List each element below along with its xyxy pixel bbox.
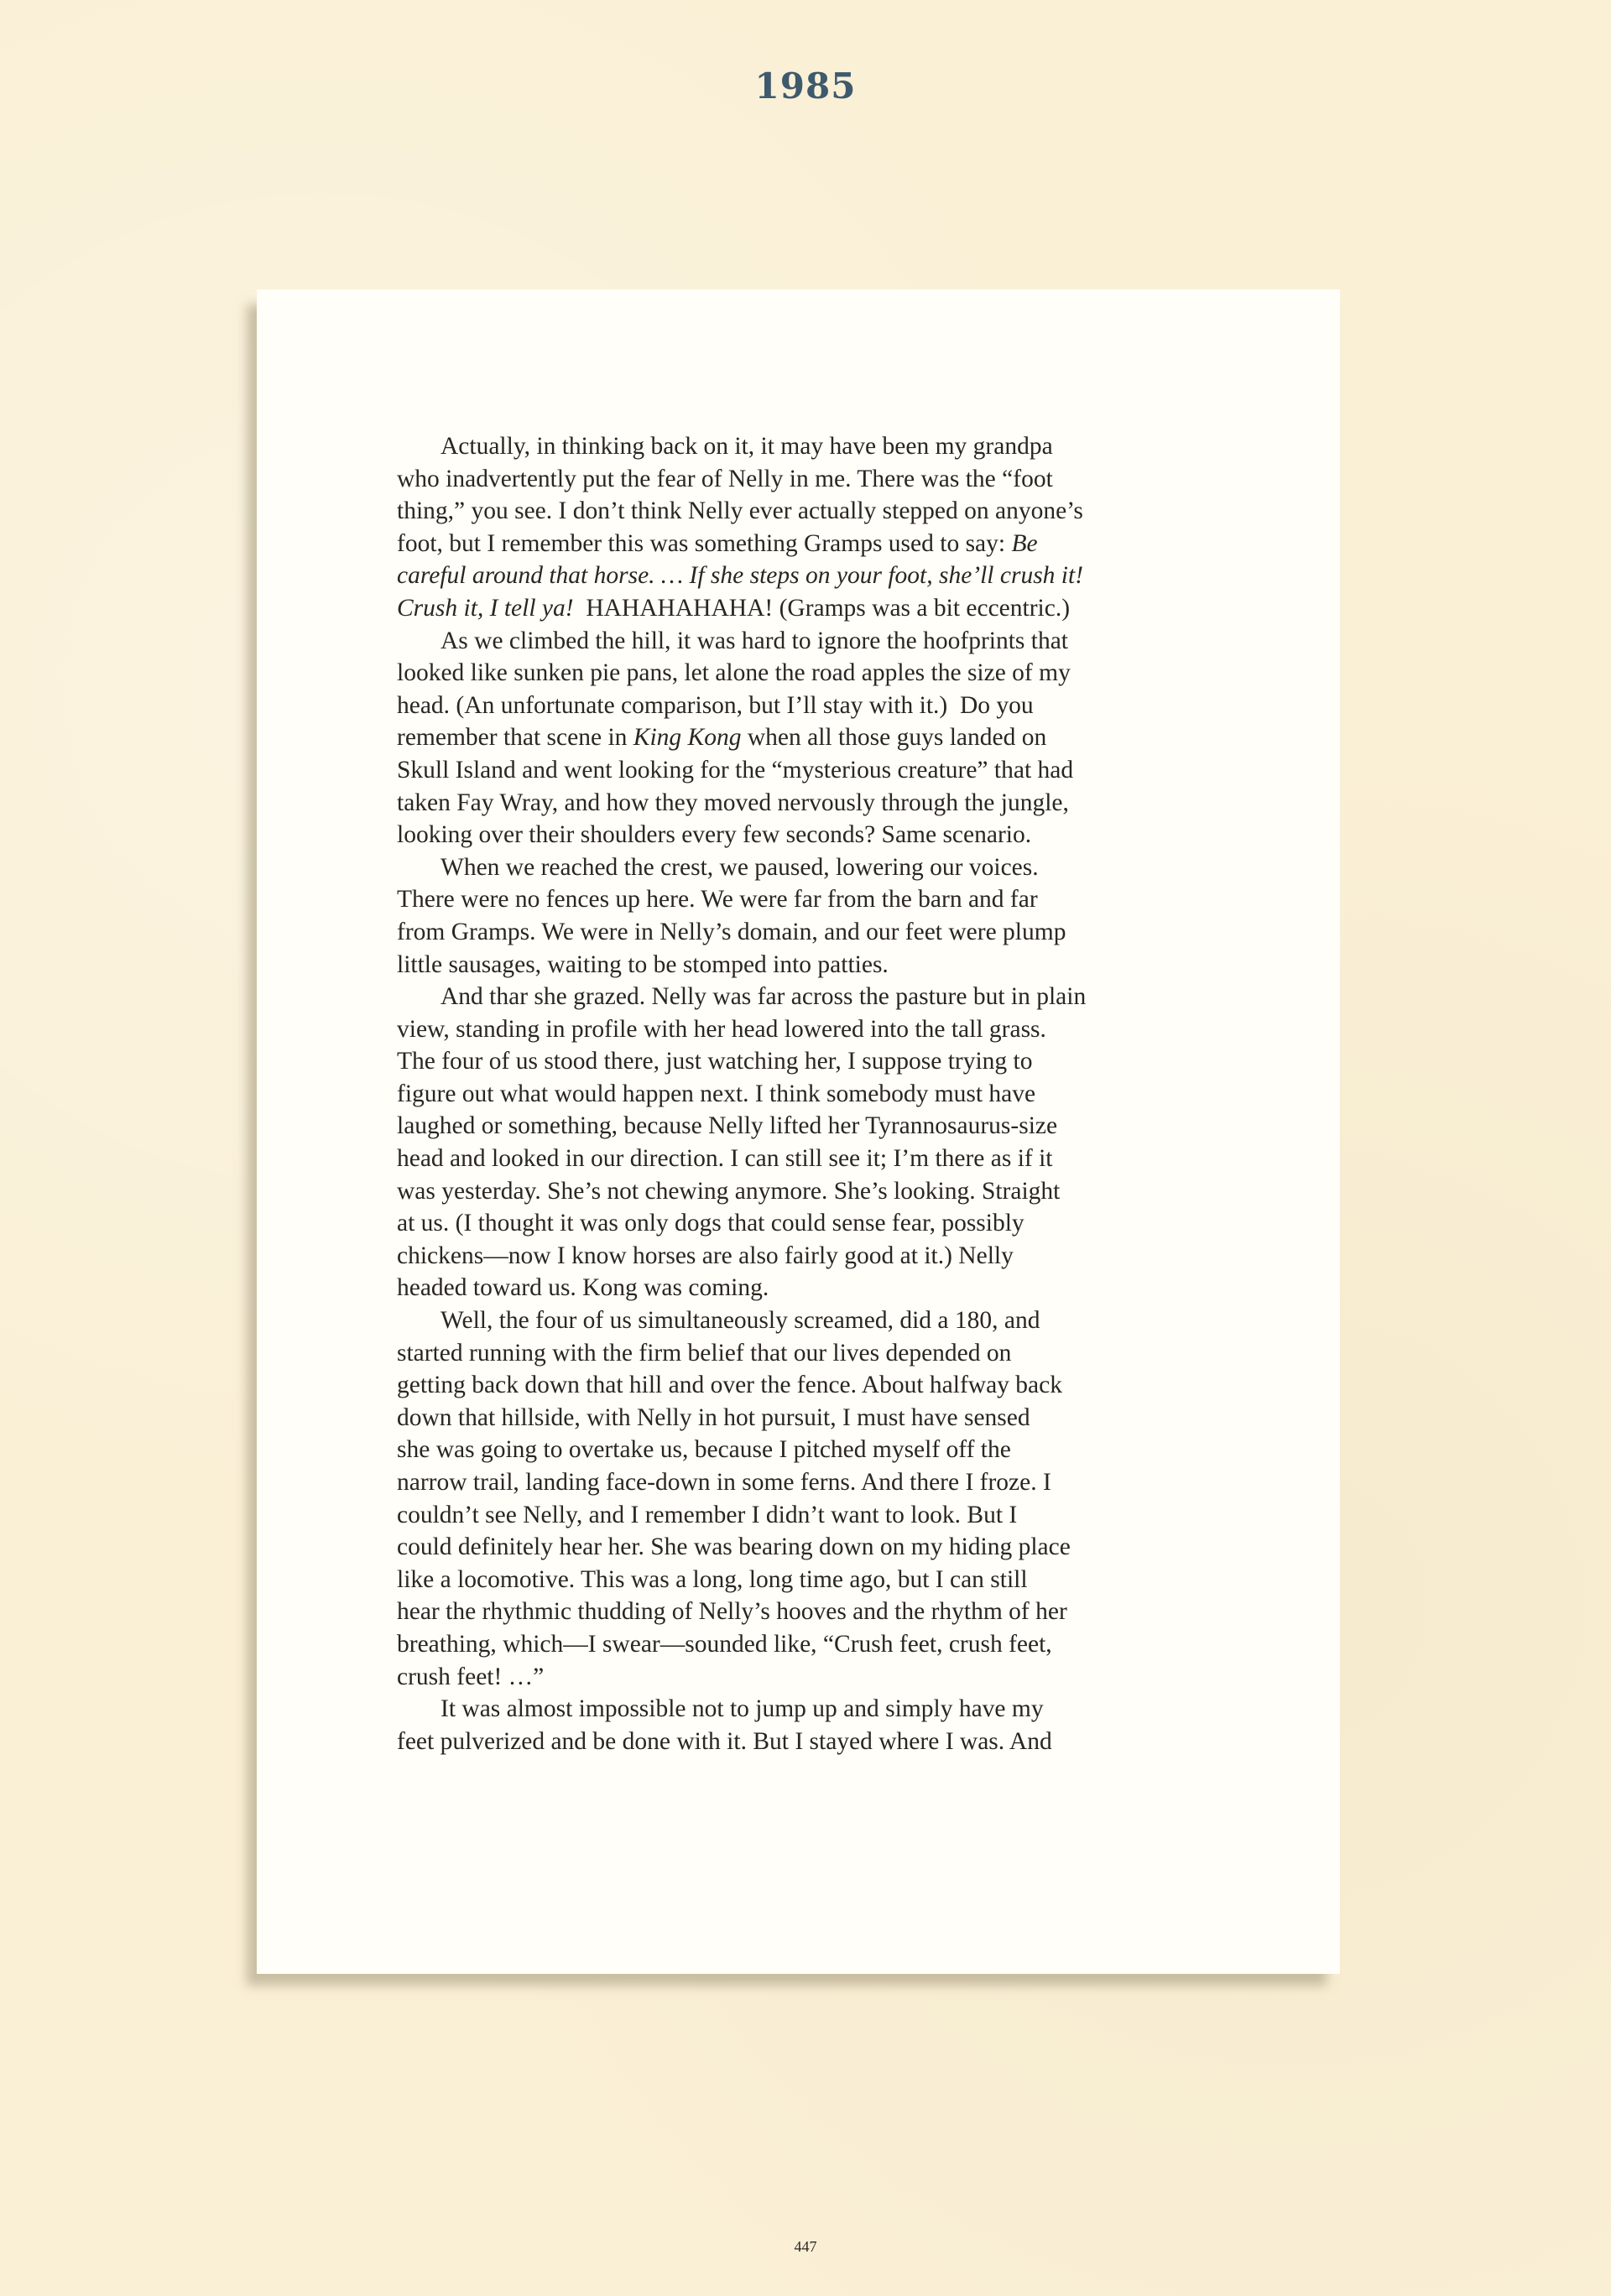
story-paragraph: And thar she grazed. Nelly was far acros… xyxy=(397,981,1202,1304)
text-line: When we reached the crest, we paused, lo… xyxy=(397,851,1202,884)
text-line: head and looked in our direction. I can … xyxy=(397,1143,1202,1175)
text-line: foot, but I remember this was something … xyxy=(397,528,1202,560)
story-paragraph: Well, the four of us simultaneously scre… xyxy=(397,1304,1202,1693)
story-card: Actually, in thinking back on it, it may… xyxy=(257,289,1340,1974)
text-line: Well, the four of us simultaneously scre… xyxy=(397,1304,1202,1337)
italic-text: Be xyxy=(1011,530,1037,557)
text-line: view, standing in profile with her head … xyxy=(397,1013,1202,1046)
text-line: thing,” you see. I don’t think Nelly eve… xyxy=(397,495,1202,528)
page-number: 447 xyxy=(0,2238,1611,2256)
text-run: she was going to overtake us, because I … xyxy=(397,1436,1011,1463)
text-run: chickens—now I know horses are also fair… xyxy=(397,1242,1014,1269)
text-run: breathing, which—I swear—sounded like, “… xyxy=(397,1631,1052,1658)
text-line: There were no fences up here. We were fa… xyxy=(397,883,1202,916)
text-run: head and looked in our direction. I can … xyxy=(397,1145,1053,1172)
text-run: Actually, in thinking back on it, it may… xyxy=(441,433,1053,460)
text-line: head. (An unfortunate comparison, but I’… xyxy=(397,690,1202,722)
text-line: Actually, in thinking back on it, it may… xyxy=(397,430,1202,463)
text-line: like a locomotive. This was a long, long… xyxy=(397,1564,1202,1596)
text-line: And thar she grazed. Nelly was far acros… xyxy=(397,981,1202,1013)
text-run: It was almost impossible not to jump up … xyxy=(441,1695,1044,1722)
text-run: thing,” you see. I don’t think Nelly eve… xyxy=(397,497,1083,524)
text-line: who inadvertently put the fear of Nelly … xyxy=(397,463,1202,496)
italic-text: King Kong xyxy=(633,724,742,751)
story-paragraph: When we reached the crest, we paused, lo… xyxy=(397,851,1202,981)
text-line: at us. (I thought it was only dogs that … xyxy=(397,1207,1202,1240)
text-line: from Gramps. We were in Nelly’s domain, … xyxy=(397,916,1202,949)
text-line: little sausages, waiting to be stomped i… xyxy=(397,949,1202,981)
text-run: from Gramps. We were in Nelly’s domain, … xyxy=(397,919,1066,945)
text-run: HAHAHAHAHA! (Gramps was a bit eccentric.… xyxy=(574,595,1070,622)
story-text: Actually, in thinking back on it, it may… xyxy=(397,430,1202,1757)
text-run: crush feet! …” xyxy=(397,1663,544,1690)
text-line: could definitely hear her. She was beari… xyxy=(397,1531,1202,1564)
text-line: chickens—now I know horses are also fair… xyxy=(397,1240,1202,1273)
text-run: And thar she grazed. Nelly was far acros… xyxy=(441,983,1086,1010)
text-line: looked like sunken pie pans, let alone t… xyxy=(397,657,1202,690)
text-run: getting back down that hill and over the… xyxy=(397,1372,1062,1398)
text-run: little sausages, waiting to be stomped i… xyxy=(397,951,889,978)
text-run: There were no fences up here. We were fa… xyxy=(397,886,1038,913)
text-run: figure out what would happen next. I thi… xyxy=(397,1080,1035,1107)
text-run: When we reached the crest, we paused, lo… xyxy=(441,854,1039,881)
text-run: looked like sunken pie pans, let alone t… xyxy=(397,659,1071,686)
text-run: who inadvertently put the fear of Nelly … xyxy=(397,466,1053,492)
text-run: The four of us stood there, just watchin… xyxy=(397,1048,1032,1075)
text-run: could definitely hear her. She was beari… xyxy=(397,1533,1071,1560)
text-run: when all those guys landed on xyxy=(741,724,1046,751)
text-line: careful around that horse. … If she step… xyxy=(397,560,1202,592)
text-line: laughed or something, because Nelly lift… xyxy=(397,1110,1202,1143)
text-run: couldn’t see Nelly, and I remember I did… xyxy=(397,1502,1017,1528)
story-paragraph: It was almost impossible not to jump up … xyxy=(397,1693,1202,1757)
text-line: taken Fay Wray, and how they moved nervo… xyxy=(397,787,1202,820)
text-run: As we climbed the hill, it was hard to i… xyxy=(441,627,1068,654)
text-run: taken Fay Wray, and how they moved nervo… xyxy=(397,789,1069,816)
text-run: headed toward us. Kong was coming. xyxy=(397,1274,769,1301)
text-line: Crush it, I tell ya! HAHAHAHAHA! (Gramps… xyxy=(397,592,1202,625)
italic-text: Crush it, I tell ya! xyxy=(397,595,574,622)
text-run: narrow trail, landing face-down in some … xyxy=(397,1469,1051,1496)
italic-text: careful around that horse. … If she step… xyxy=(397,562,1083,589)
text-line: feet pulverized and be done with it. But… xyxy=(397,1726,1202,1758)
text-line: figure out what would happen next. I thi… xyxy=(397,1078,1202,1111)
text-line: The four of us stood there, just watchin… xyxy=(397,1045,1202,1078)
text-run: hear the rhythmic thudding of Nelly’s ho… xyxy=(397,1598,1067,1625)
text-run: Skull Island and went looking for the “m… xyxy=(397,757,1073,784)
text-run: remember that scene in xyxy=(397,724,633,751)
text-run: laughed or something, because Nelly lift… xyxy=(397,1112,1057,1139)
text-line: As we climbed the hill, it was hard to i… xyxy=(397,625,1202,658)
text-run: started running with the firm belief tha… xyxy=(397,1340,1011,1367)
story-paragraph: As we climbed the hill, it was hard to i… xyxy=(397,625,1202,851)
text-run: head. (An unfortunate comparison, but I’… xyxy=(397,692,1034,719)
text-line: crush feet! …” xyxy=(397,1661,1202,1694)
text-line: looking over their shoulders every few s… xyxy=(397,819,1202,851)
chapter-year-heading: 1985 xyxy=(0,65,1611,107)
text-line: Skull Island and went looking for the “m… xyxy=(397,754,1202,787)
text-line: started running with the firm belief tha… xyxy=(397,1337,1202,1370)
text-line: headed toward us. Kong was coming. xyxy=(397,1272,1202,1304)
text-line: was yesterday. She’s not chewing anymore… xyxy=(397,1175,1202,1208)
text-line: she was going to overtake us, because I … xyxy=(397,1434,1202,1466)
text-run: at us. (I thought it was only dogs that … xyxy=(397,1210,1024,1237)
text-run: like a locomotive. This was a long, long… xyxy=(397,1566,1028,1593)
text-run: down that hillside, with Nelly in hot pu… xyxy=(397,1404,1030,1431)
text-line: couldn’t see Nelly, and I remember I did… xyxy=(397,1499,1202,1532)
text-run: Well, the four of us simultaneously scre… xyxy=(441,1307,1040,1334)
text-line: hear the rhythmic thudding of Nelly’s ho… xyxy=(397,1596,1202,1628)
text-run: view, standing in profile with her head … xyxy=(397,1016,1046,1043)
text-line: remember that scene in King Kong when al… xyxy=(397,721,1202,754)
text-line: It was almost impossible not to jump up … xyxy=(397,1693,1202,1726)
text-line: breathing, which—I swear—sounded like, “… xyxy=(397,1628,1202,1661)
text-run: feet pulverized and be done with it. But… xyxy=(397,1728,1052,1755)
text-run: looking over their shoulders every few s… xyxy=(397,821,1031,848)
text-run: foot, but I remember this was something … xyxy=(397,530,1011,557)
text-line: down that hillside, with Nelly in hot pu… xyxy=(397,1402,1202,1434)
text-run: was yesterday. She’s not chewing anymore… xyxy=(397,1178,1060,1205)
text-line: getting back down that hill and over the… xyxy=(397,1369,1202,1402)
text-line: narrow trail, landing face-down in some … xyxy=(397,1466,1202,1499)
story-paragraph: Actually, in thinking back on it, it may… xyxy=(397,430,1202,625)
